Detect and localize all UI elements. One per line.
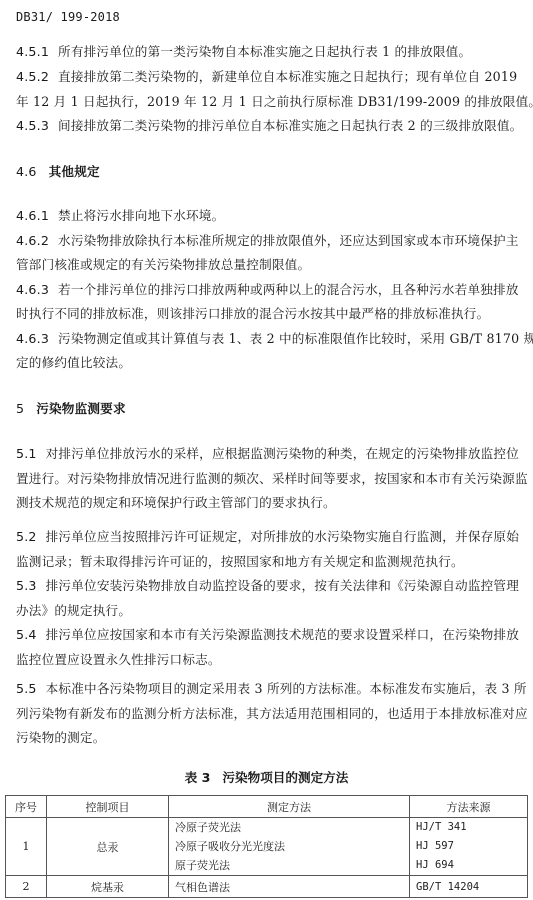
section-title: 污染物监测要求: [36, 401, 126, 416]
cell-sources: HJ/T 341 HJ 597 HJ 694: [410, 818, 528, 876]
section-number: 5: [16, 401, 24, 416]
clause-4-6-2: 4.6.2水污染物排放除执行本标准所规定的排放限值外，还应达到国家或本市环境保护…: [16, 233, 519, 249]
clause-number: 5.1: [16, 446, 37, 461]
section-heading-4-6: 4.6其他规定: [16, 164, 100, 180]
clause-5-1-cont-1: 置进行。对污染物排放情况进行监测的频次、采样时间等要求，按国家和本市有关污染源监: [16, 471, 528, 487]
clause-5-5-cont-1: 列污染物有新发布的监测分析方法标准，其方法适用范围相同的，也适用于本排放标准对应: [16, 706, 528, 722]
section-heading-5: 5污染物监测要求: [16, 401, 126, 417]
clause-4-6-3-a-cont: 时执行不同的排放标准，则该排污口排放的混合污水按其中最严格的排放标准执行。: [16, 306, 489, 322]
clause-4-5-2: 4.5.2直接排放第二类污染物的，新建单位自本标准实施之日起执行；现有单位自 2…: [16, 69, 517, 85]
source-entry: HJ/T 341: [416, 818, 527, 837]
clause-text: 间接排放第二类污染物的排污单位自本标准实施之日起执行表 2 的三级排放限值。: [58, 118, 522, 133]
clause-number: 4.6.3: [16, 282, 49, 297]
clause-4-6-3-a: 4.6.3若一个排污单位的排污口排放两种或两种以上的混合污水，且各种污水若单独排…: [16, 282, 519, 298]
method-entry: 气相色谱法: [175, 881, 230, 894]
clause-text: 污染物测定值或其计算值与表 1、表 2 中的标准限值作比较时，采用 GB/T 8…: [58, 331, 533, 346]
clause-number: 5.5: [16, 681, 37, 696]
clause-number: 5.3: [16, 578, 37, 593]
clause-number: 4.5.2: [16, 69, 49, 84]
clause-4-6-2-cont: 管部门核准或规定的有关污染物排放总量控制限值。: [16, 257, 310, 273]
cell-methods: 气相色谱法: [169, 876, 410, 898]
clause-number: 4.6.3: [16, 331, 49, 346]
section-title: 其他规定: [49, 164, 100, 179]
clause-number: 4.5.3: [16, 118, 49, 133]
section-number: 4.6: [16, 164, 37, 179]
table-title: 污染物项目的测定方法: [222, 770, 348, 785]
clause-number: 5.2: [16, 529, 37, 544]
clause-5-3-cont: 办法》的规定执行。: [16, 603, 131, 619]
clause-5-2: 5.2排污单位应当按照排污许可证规定，对所排放的水污染物实施自行监测，并保存原始: [16, 529, 519, 545]
table-number: 表 3: [185, 770, 211, 785]
clause-text: 排污单位应当按照排污许可证规定，对所排放的水污染物实施自行监测，并保存原始: [46, 529, 519, 544]
clause-number: 4.6.1: [16, 208, 49, 223]
table-row: 2 烷基汞 气相色谱法 GB/T 14204: [6, 876, 528, 898]
clause-4-6-3-b: 4.6.3污染物测定值或其计算值与表 1、表 2 中的标准限值作比较时，采用 G…: [16, 331, 533, 347]
table-caption: 表 3污染物项目的测定方法: [0, 767, 533, 786]
clause-text: 直接排放第二类污染物的，新建单位自本标准实施之日起执行；现有单位自 2019: [58, 69, 517, 84]
clause-5-3: 5.3排污单位安装污染物排放自动监控设备的要求，按有关法律和《污染源自动监控管理: [16, 578, 519, 594]
clause-text: 若一个排污单位的排污口排放两种或两种以上的混合污水，且各种污水若单独排放: [58, 282, 519, 297]
source-entry: GB/T 14204: [416, 881, 479, 893]
clause-number: 4.5.1: [16, 44, 49, 59]
clause-4-5-3: 4.5.3间接排放第二类污染物的排污单位自本标准实施之日起执行表 2 的三级排放…: [16, 118, 522, 134]
clause-4-5-2-cont: 年 12 月 1 日起执行，2019 年 12 月 1 日之前执行原标准 DB3…: [16, 94, 533, 110]
clause-text: 所有排污单位的第一类污染物自本标准实施之日起执行表 1 的排放限值。: [58, 44, 471, 59]
column-header-source: 方法来源: [410, 796, 528, 818]
clause-5-2-cont: 监测记录；暂未取得排污许可证的，按照国家和地方有关规定和监测规范执行。: [16, 554, 464, 570]
column-header-method: 测定方法: [169, 796, 410, 818]
table-header-row: 序号 控制项目 测定方法 方法来源: [6, 796, 528, 818]
clause-5-1: 5.1对排污单位排放污水的采样，应根据监测污染物的种类，在规定的污染物排放监控位: [16, 446, 519, 462]
cell-sources: GB/T 14204: [410, 876, 528, 898]
method-entry: 冷原子吸收分光光度法: [175, 837, 409, 856]
clause-text: 排污单位安装污染物排放自动监控设备的要求，按有关法律和《污染源自动监控管理: [46, 578, 519, 593]
clause-text: 排污单位应按国家和本市有关污染源监测技术规范的要求设置采样口，在污染物排放: [46, 627, 519, 642]
clause-number: 5.4: [16, 627, 37, 642]
cell-control-item: 烷基汞: [47, 876, 169, 898]
cell-control-item: 总汞: [47, 818, 169, 876]
clause-5-5: 5.5本标准中各污染物项目的测定采用表 3 所列的方法标准。本标准发布实施后，表…: [16, 681, 527, 697]
clause-text: 水污染物排放除执行本标准所规定的排放限值外，还应达到国家或本市环境保护主: [58, 233, 519, 248]
clause-text: 本标准中各污染物项目的测定采用表 3 所列的方法标准。本标准发布实施后，表 3 …: [46, 681, 527, 696]
document-id-header: DB31/ 199-2018: [16, 9, 120, 25]
cell-no: 2: [6, 876, 47, 898]
clause-5-1-cont-2: 测技术规范的规定和环境保护行政主管部门的要求执行。: [16, 495, 336, 511]
clause-4-6-1: 4.6.1禁止将污水排向地下水环境。: [16, 208, 224, 224]
method-entry: 原子荧光法: [175, 856, 409, 875]
clause-text: 禁止将污水排向地下水环境。: [58, 208, 224, 223]
clause-5-4: 5.4排污单位应按国家和本市有关污染源监测技术规范的要求设置采样口，在污染物排放: [16, 627, 519, 643]
source-entry: HJ 694: [416, 856, 527, 875]
clause-text: 对排污单位排放污水的采样，应根据监测污染物的种类，在规定的污染物排放监控位: [46, 446, 519, 461]
method-entry: 冷原子荧光法: [175, 818, 409, 837]
column-header-control-item: 控制项目: [47, 796, 169, 818]
clause-5-5-cont-2: 污染物的测定。: [16, 730, 106, 746]
cell-no: 1: [6, 818, 47, 876]
clause-4-5-1: 4.5.1所有排污单位的第一类污染物自本标准实施之日起执行表 1 的排放限值。: [16, 44, 471, 60]
source-entry: HJ 597: [416, 837, 527, 856]
clause-number: 4.6.2: [16, 233, 49, 248]
table-row: 1 总汞 冷原子荧光法 冷原子吸收分光光度法 原子荧光法 HJ/T 341 HJ…: [6, 818, 528, 876]
clause-4-6-3-b-cont: 定的修约值比较法。: [16, 355, 131, 371]
clause-5-4-cont: 监控位置应设置永久性排污口标志。: [16, 652, 221, 668]
table-3-measurement-methods: 序号 控制项目 测定方法 方法来源 1 总汞 冷原子荧光法 冷原子吸收分光光度法…: [5, 795, 528, 898]
cell-methods: 冷原子荧光法 冷原子吸收分光光度法 原子荧光法: [169, 818, 410, 876]
column-header-no: 序号: [6, 796, 47, 818]
